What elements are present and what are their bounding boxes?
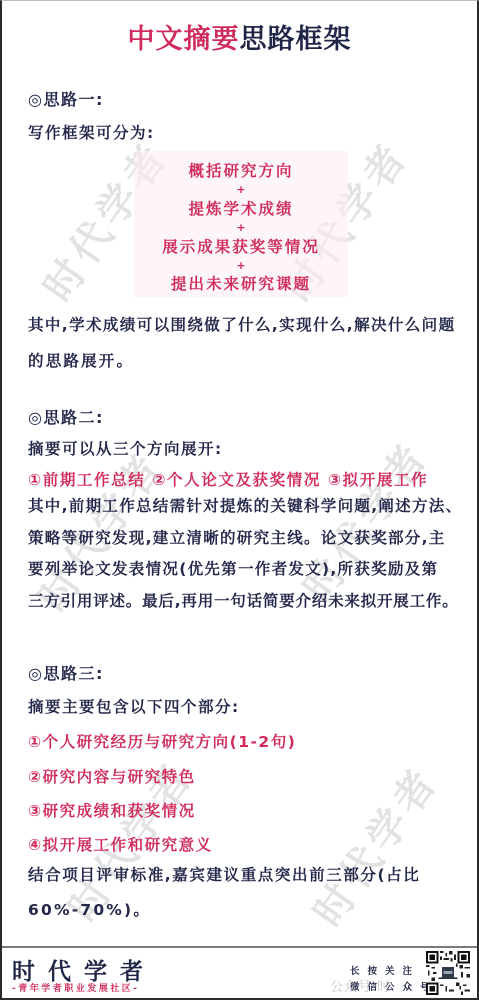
section-3-part: ④拟开展工作和研究意义 — [28, 833, 213, 855]
section-2-body: 其中,前期工作总结需针对提炼的关键科学问题,阐述方法、 策略等研究发现,建立清晰… — [28, 491, 458, 617]
body-line: 要列举论文发表情况(优先第一作者发文),所获奖励及第 — [28, 554, 458, 586]
body-line: 的思路展开。 — [28, 343, 458, 379]
section-3-heading: ◎思路三: — [28, 661, 104, 684]
body-line: 其中,学术成绩可以围绕做了什么,实现什么,解决什么问题 — [28, 307, 458, 343]
footer-divider — [2, 946, 477, 948]
plus-sign: + — [134, 259, 348, 272]
page-title: 中文摘要思路框架 — [2, 17, 477, 56]
section-1-heading: ◎思路一: — [28, 87, 104, 110]
framework-item: 提炼学术成绩 — [134, 197, 348, 219]
platform-watermark: 公众号·时 — [330, 976, 391, 995]
section-1-intro: 写作框架可分为: — [28, 121, 155, 143]
body-line: 策略等研究发现,建立清晰的研究主线。论文获奖部分,主 — [28, 523, 458, 555]
body-line: 其中,前期工作总结需针对提炼的关键科学问题,阐述方法、 — [28, 491, 458, 523]
section-1-body: 其中,学术成绩可以围绕做了什么,实现什么,解决什么问题 的思路展开。 — [28, 307, 458, 379]
body-line: 60%-70%)。 — [28, 893, 458, 928]
section-3-part: ③研究成绩和获奖情况 — [28, 799, 196, 821]
framework-item: 概括研究方向 — [134, 159, 348, 181]
brand-slogan: -青年学者职业发展社区- — [12, 981, 139, 994]
title-rest: 思路框架 — [240, 24, 352, 55]
section-2-intro: 摘要可以从三个方向展开: — [28, 437, 223, 459]
section-3-part: ②研究内容与研究特色 — [28, 765, 196, 787]
qr-code-icon[interactable] — [426, 951, 470, 995]
section-3-intro: 摘要主要包含以下四个部分: — [28, 695, 240, 717]
body-line: 三方引用评述。最后,再用一句话简要介绍未来拟开展工作。 — [28, 586, 458, 618]
body-line: 结合项目评审标准,嘉宾建议重点突出前三部分(占比 — [28, 858, 458, 893]
plus-sign: + — [134, 183, 348, 196]
framework-box: 概括研究方向 + 提炼学术成绩 + 展示成果获奖等情况 + 提出未来研究课题 — [134, 151, 348, 297]
section-2-heading: ◎思路二: — [28, 405, 104, 428]
title-accent: 中文摘要 — [128, 24, 240, 55]
section-3-part: ①个人研究经历与研究方向(1-2句) — [28, 730, 296, 752]
section-3-body: 结合项目评审标准,嘉宾建议重点突出前三部分(占比 60%-70%)。 — [28, 858, 458, 928]
framework-item: 展示成果获奖等情况 — [126, 235, 356, 257]
framework-item: 提出未来研究课题 — [134, 272, 348, 294]
section-2-directions: ①前期工作总结 ②个人论文及获奖情况 ③拟开展工作 — [28, 468, 428, 490]
follow-prompt-line1: 长按关注 — [350, 963, 420, 977]
document-page: 时代学者 时代学者 时代学者 时代学者 时代学者 时代学者 中文摘要思路框架 ◎… — [0, 0, 479, 1000]
plus-sign: + — [134, 221, 348, 234]
